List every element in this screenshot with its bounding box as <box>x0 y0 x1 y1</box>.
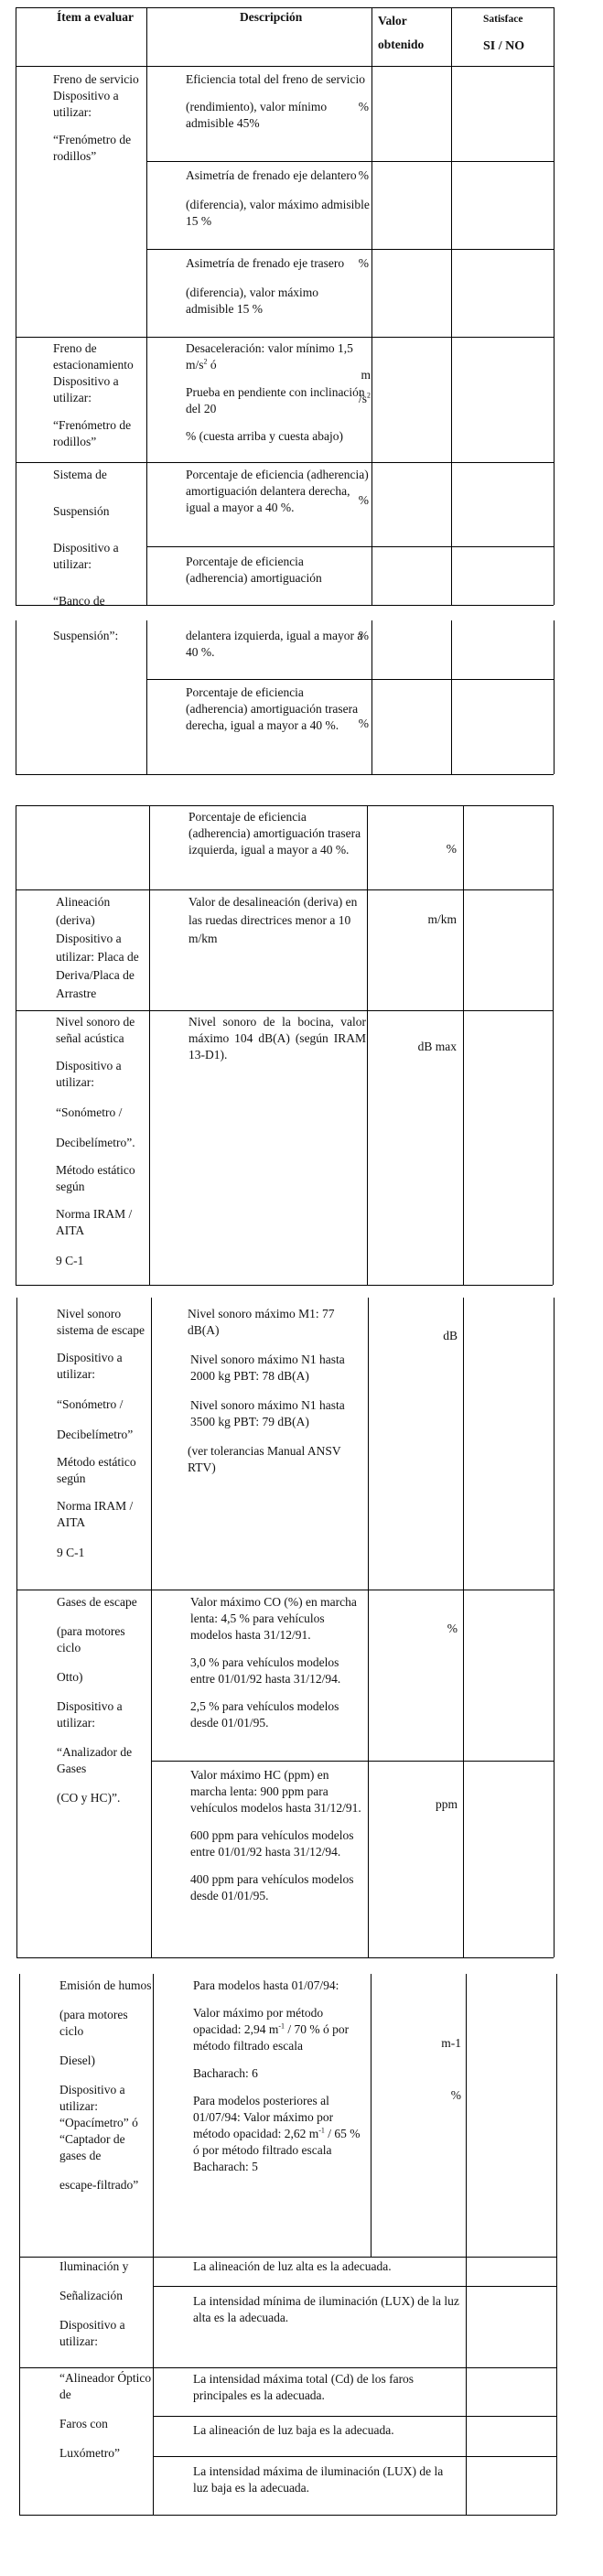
check-humos: Para modelos hasta 01/07/94: Valor máxim… <box>193 1978 367 2175</box>
desc-line: Valor máximo por método opacidad: 2,94 m… <box>193 2005 367 2054</box>
item-line: “Alineador Óptico de <box>59 2370 153 2403</box>
desc-line: 600 ppm para vehículos modelos entre 01/… <box>190 1827 364 1860</box>
item-humos: Emisión de humos (para motores ciclo Die… <box>59 1978 153 2193</box>
item-freno-servicio: Freno de servicio Dispositivo a utilizar… <box>53 71 146 165</box>
desc-text: ó <box>208 358 217 372</box>
desc-line: Asimetría de frenado eje delantero <box>186 167 372 184</box>
desc-line: Eficiencia total del freno de servicio <box>186 71 369 88</box>
item-line: (CO y HC)”. <box>57 1790 150 1806</box>
unit-percent: % <box>359 628 369 644</box>
item-freno-estacionamiento: Freno de estacionamiento Dispositivo a u… <box>53 340 146 450</box>
item-line: Dispositivo a utilizar: <box>53 540 146 573</box>
header-value-line1: Valor <box>378 9 424 33</box>
item-line: Gases de escape <box>57 1594 150 1611</box>
item-gases: Gases de escape (para motores ciclo Otto… <box>57 1594 150 1806</box>
unit-m-1: m-1 <box>441 2035 461 2052</box>
desc-line: Asimetría de frenado eje trasero <box>186 255 369 272</box>
header-item: Ítem a evaluar <box>57 9 134 26</box>
item-line: Señalización <box>59 2288 153 2304</box>
desc-line: (rendimiento), valor mínimo admisible 45… <box>186 99 369 132</box>
header-value: Valor obtenido <box>378 9 424 57</box>
unit-percent: % <box>359 167 369 184</box>
item-line: Luxómetro” <box>59 2445 153 2462</box>
item-freno-estacionamiento-name: Freno de estacionamiento Dispositivo a u… <box>53 340 146 406</box>
check-hc: Valor máximo HC (ppm) en marcha lenta: 9… <box>190 1767 364 1904</box>
desc-line: Nivel sonoro de la bocina, valor máximo … <box>188 1014 366 1063</box>
check-asimetria-delantero: Asimetría de frenado eje delantero (dife… <box>186 167 372 230</box>
desc-text: Para modelos posteriores al 01/07/94: Va… <box>193 2094 333 2140</box>
desc-line: Porcentaje de eficiencia (adherencia) am… <box>186 554 332 587</box>
unit-db-max: dB max <box>418 1039 457 1055</box>
header-satisfies: Satisface SI / NO <box>483 11 524 55</box>
item-escape-sonoro: Nivel sonoro sistema de escape Dispositi… <box>57 1306 150 1561</box>
desc-line: Valor máximo HC (ppm) en marcha lenta: 9… <box>190 1767 364 1816</box>
item-line: Faros con <box>59 2416 153 2432</box>
check-luz-alta-alineacion: La alineación de luz alta es la adecuada… <box>193 2258 463 2275</box>
item-line: Dispositivo a utilizar: <box>57 1350 150 1383</box>
header-description: Descripción <box>240 9 302 26</box>
header-satisfies-line1: Satisface <box>483 11 524 27</box>
desc-line: (ver tolerancias Manual ANSV RTV) <box>188 1443 361 1476</box>
item-suspension-cont: Suspensión”: <box>53 628 118 644</box>
unit-percent: % <box>447 1621 458 1637</box>
item-alineador-optico: “Alineador Óptico de Faros con Luxómetro… <box>59 2370 153 2462</box>
item-line: Diesel) <box>59 2053 153 2069</box>
check-susp-trasera-izquierda: Porcentaje de eficiencia (adherencia) am… <box>188 809 362 858</box>
unit-percent: % <box>359 716 369 732</box>
desc-line: % (cuesta arriba y cuesta abajo) <box>186 428 369 445</box>
unit-line: m <box>359 363 371 387</box>
unit-percent: % <box>447 841 457 857</box>
header-value-line2: obtenido <box>378 33 424 57</box>
item-line: “Sonómetro / <box>57 1396 150 1413</box>
item-freno-servicio-device: “Frenómetro de rodillos” <box>53 132 146 165</box>
item-line: Decibelímetro” <box>57 1427 150 1443</box>
desc-line: Porcentaje de eficiencia (adherencia) am… <box>188 809 362 858</box>
desc-line: 2,5 % para vehículos modelos desde 01/01… <box>190 1698 364 1731</box>
item-line: (para motores ciclo <box>57 1623 150 1656</box>
desc-line: Para modelos posteriores al 01/07/94: Va… <box>193 2093 367 2175</box>
item-line: Dispositivo a utilizar: “Opacímetro” ó “… <box>59 2082 153 2164</box>
item-line: Nivel sonoro de señal acústica <box>56 1014 149 1047</box>
desc-line: (diferencia), valor máximo admisible 15 … <box>186 197 372 230</box>
item-bocina: Nivel sonoro de señal acústica Dispositi… <box>56 1014 149 1269</box>
item-line: Suspensión <box>53 503 146 520</box>
item-line: Dispositivo a utilizar: <box>57 1698 150 1731</box>
superscript: 2 <box>367 392 371 400</box>
unit-m-s2: m /s2 <box>359 363 371 411</box>
desc-line: 400 ppm para vehículos modelos desde 01/… <box>190 1871 364 1904</box>
desc-line: Porcentaje de eficiencia (adherencia) am… <box>186 467 369 516</box>
desc-line: delantera izquierda, igual a mayor a 40 … <box>186 628 369 661</box>
check-desalineacion: Valor de desalineación (deriva) en las r… <box>188 893 366 948</box>
item-line: 9 C-1 <box>56 1253 149 1269</box>
unit-percent: % <box>359 255 369 272</box>
unit-percent: % <box>451 2087 461 2104</box>
check-susp-trasera-derecha: Porcentaje de eficiencia (adherencia) am… <box>186 684 360 734</box>
check-desaceleracion: Desaceleración: valor mínimo 1,5 m/s2 ó … <box>186 340 369 445</box>
item-line: escape-filtrado” <box>59 2177 153 2193</box>
unit-m-km: m/km <box>427 911 457 928</box>
unit-percent: % <box>359 99 369 115</box>
item-iluminacion: Iluminación y Señalización Dispositivo a… <box>59 2258 153 2350</box>
desc-line: Valor de desalineación (deriva) en las r… <box>188 893 366 948</box>
item-line: Otto) <box>57 1669 150 1686</box>
check-susp-delantera-derecha: Porcentaje de eficiencia (adherencia) am… <box>186 467 369 516</box>
item-line: “Analizador de Gases <box>57 1744 150 1777</box>
item-alineacion: Alineación (deriva) Dispositivo a utiliz… <box>56 893 149 1003</box>
superscript: -1 <box>318 2127 325 2135</box>
item-line: Emisión de humos <box>59 1978 153 1994</box>
item-line: “Sonómetro / <box>56 1105 149 1121</box>
item-line: Método estático según <box>56 1162 149 1195</box>
desc-line: Desaceleración: valor mínimo 1,5 m/s2 ó <box>186 340 369 373</box>
check-faros-cd: La intensidad máxima total (Cd) de los f… <box>193 2371 445 2404</box>
check-susp-delantera-izquierda-b: delantera izquierda, igual a mayor a 40 … <box>186 628 369 661</box>
item-line: Alineación (deriva) Dispositivo a utiliz… <box>56 893 149 1003</box>
desc-line: Nivel sonoro máximo N1 hasta 2000 kg PBT… <box>188 1352 361 1385</box>
item-line: “Banco de <box>53 593 146 609</box>
item-line: Dispositivo a utilizar: <box>56 1058 149 1091</box>
item-line: Norma IRAM / AITA <box>57 1498 150 1531</box>
desc-line: (diferencia), valor máximo admisible 15 … <box>186 285 369 318</box>
item-line: Decibelímetro”. <box>56 1135 149 1151</box>
desc-line: Porcentaje de eficiencia (adherencia) am… <box>186 684 360 734</box>
desc-line: 3,0 % para vehículos modelos entre 01/01… <box>190 1654 364 1687</box>
item-line: 9 C-1 <box>57 1545 150 1561</box>
check-luz-baja-intensidad: La intensidad máxima de iluminación (LUX… <box>193 2463 454 2496</box>
desc-line: Valor máximo CO (%) en marcha lenta: 4,5… <box>190 1594 364 1644</box>
item-suspension: Sistema de Suspensión Dispositivo a util… <box>53 467 146 609</box>
item-line: Norma IRAM / AITA <box>56 1206 149 1239</box>
item-freno-estacionamiento-device: “Frenómetro de rodillos” <box>53 417 146 450</box>
check-asimetria-trasero: Asimetría de frenado eje trasero (difere… <box>186 255 369 318</box>
item-line: (para motores ciclo <box>59 2007 153 2040</box>
item-line: Sistema de <box>53 467 146 483</box>
check-luz-baja-alineacion: La alineación de luz baja es la adecuada… <box>193 2422 463 2439</box>
desc-line: Prueba en pendiente con inclinación del … <box>186 384 369 417</box>
desc-line: Bacharach: 6 <box>193 2065 367 2082</box>
check-escape-sonoro: Nivel sonoro máximo M1: 77 dB(A) Nivel s… <box>188 1306 361 1476</box>
item-freno-servicio-name: Freno de servicio Dispositivo a utilizar… <box>53 71 146 121</box>
desc-line: Nivel sonoro máximo M1: 77 dB(A) <box>188 1306 361 1339</box>
unit-ppm: ppm <box>436 1796 458 1813</box>
header-satisfies-line2: SI / NO <box>483 38 524 55</box>
item-line: Iluminación y <box>59 2258 153 2275</box>
unit-percent: % <box>359 492 369 509</box>
item-line: Nivel sonoro sistema de escape <box>57 1306 150 1339</box>
check-eficiencia-total: Eficiencia total del freno de servicio (… <box>186 71 369 132</box>
check-luz-alta-intensidad: La intensidad mínima de iluminación (LUX… <box>193 2293 463 2326</box>
item-line: Dispositivo a utilizar: <box>59 2317 153 2350</box>
unit-db: dB <box>443 1328 458 1344</box>
check-susp-delantera-izquierda-a: Porcentaje de eficiencia (adherencia) am… <box>186 554 332 587</box>
item-line: Método estático según <box>57 1454 150 1487</box>
check-bocina: Nivel sonoro de la bocina, valor máximo … <box>188 1014 366 1063</box>
unit-line: /s2 <box>359 387 371 411</box>
desc-line: Para modelos hasta 01/07/94: <box>193 1978 367 1994</box>
unit-text: /s <box>359 392 367 405</box>
check-co: Valor máximo CO (%) en marcha lenta: 4,5… <box>190 1594 364 1731</box>
desc-line: Nivel sonoro máximo N1 hasta 3500 kg PBT… <box>188 1397 361 1430</box>
